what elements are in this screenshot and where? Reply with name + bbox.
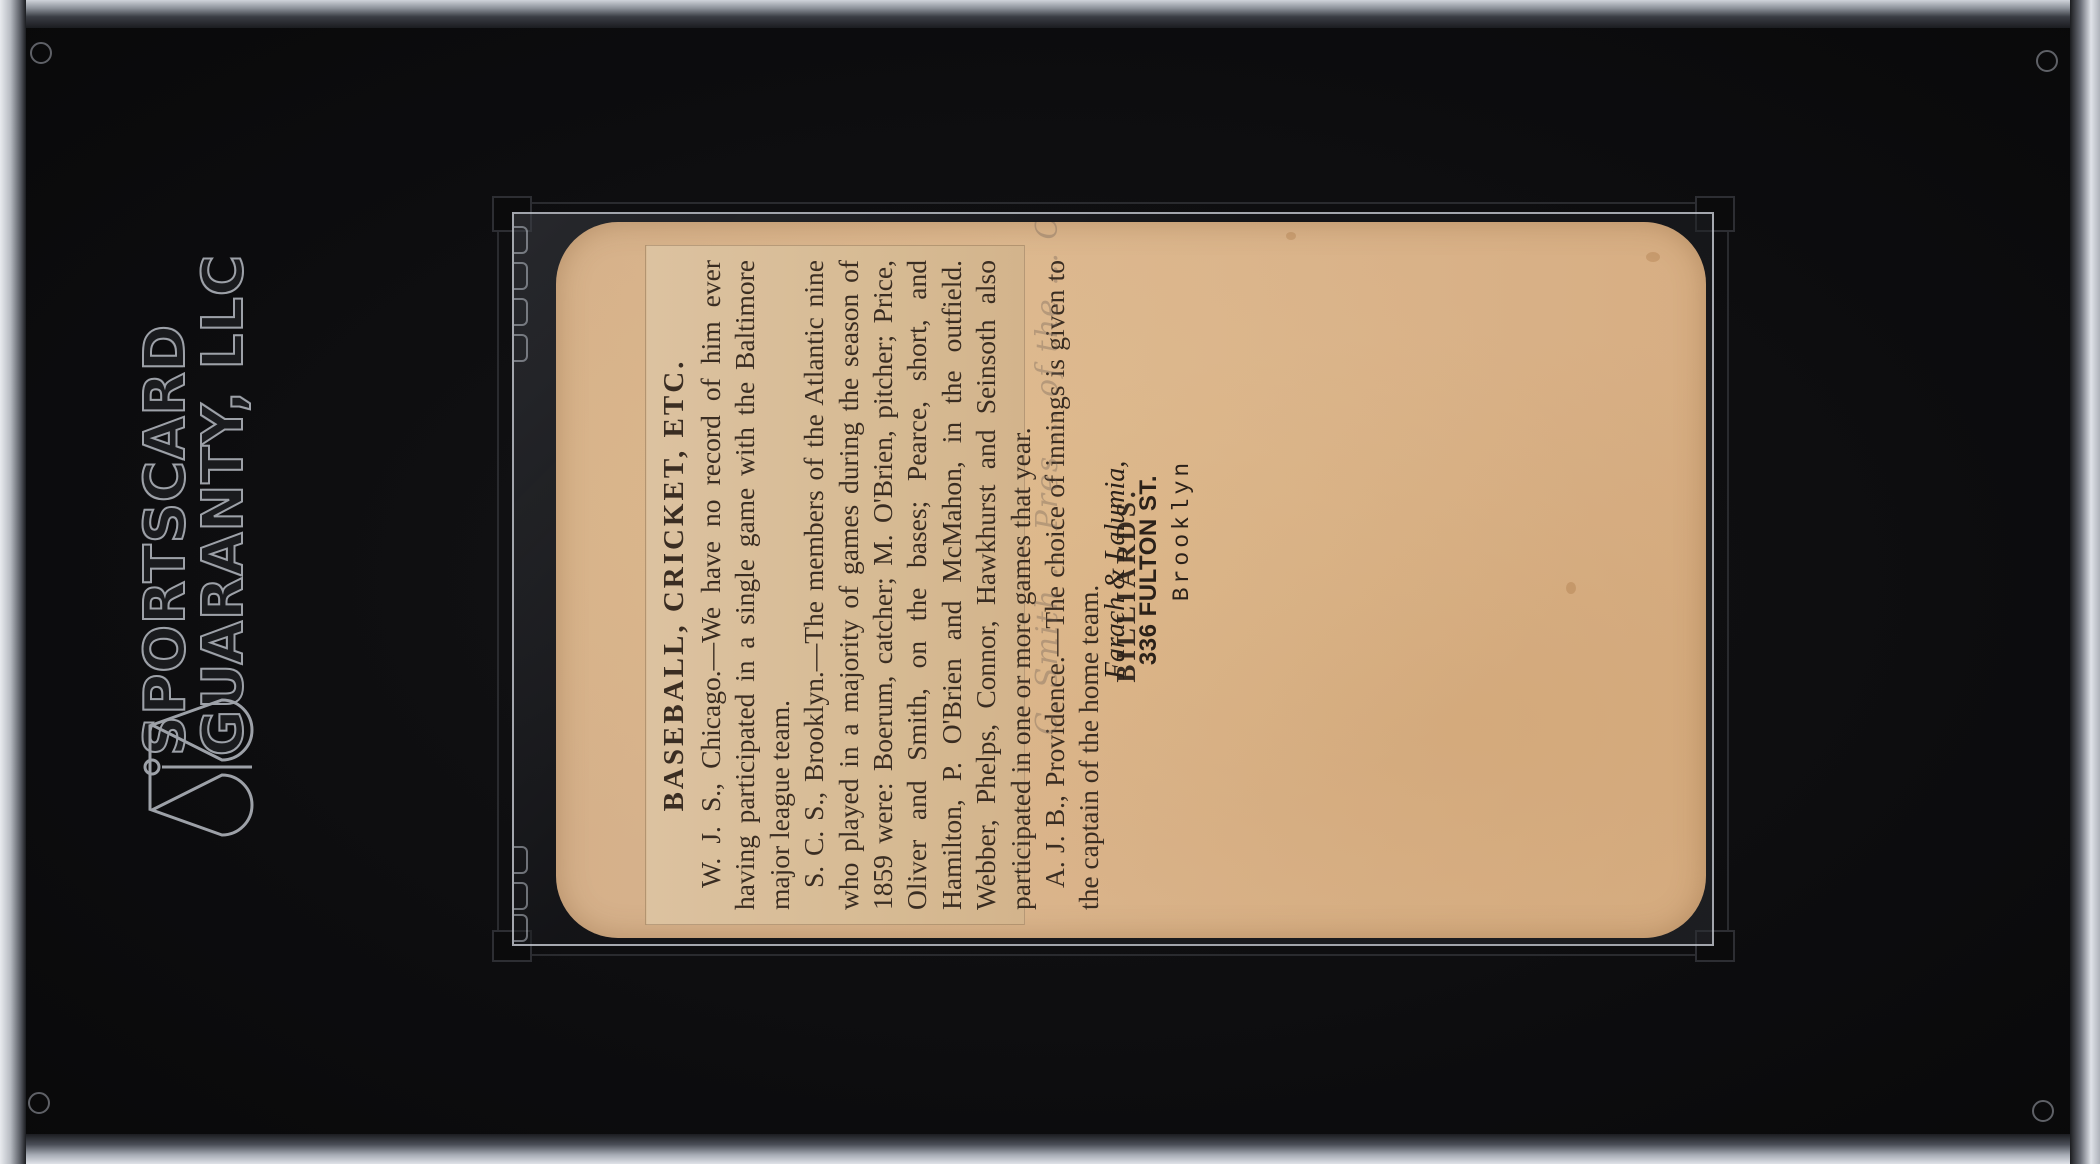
pencil-annotation: C. Smith ... Pres ... of the ... Club [1030, 245, 1070, 735]
sleeve-perforation [514, 226, 528, 254]
sleeve-perforation [514, 298, 528, 326]
sgc-wordmark: SPORTSCARD GUARANTY, LLC [137, 254, 253, 756]
sleeve-perforation [514, 882, 528, 910]
corner-screw-icon [2036, 50, 2058, 72]
slab-top-edge [0, 0, 2100, 28]
clipping-title: BASEBALL, CRICKET, ETC. [656, 260, 692, 910]
sleeve-perforation [514, 334, 528, 362]
corner-screw-icon [30, 42, 52, 64]
publisher-street: 336 FULTON ST. [1132, 420, 1166, 720]
baseball-card-back: BASEBALL, CRICKET, ETC. W. J. S., Chicag… [556, 222, 1706, 938]
slab-right-edge [2070, 0, 2100, 1164]
sleeve-perforation [514, 914, 528, 942]
slab-left-edge [0, 0, 26, 1164]
corner-screw-icon [2032, 1100, 2054, 1122]
card-content-rotated: BASEBALL, CRICKET, ETC. W. J. S., Chicag… [556, 222, 1706, 938]
sleeve-perforation [514, 262, 528, 290]
brand-line-1: SPORTSCARD [137, 254, 195, 756]
brand-line-2: GUARANTY, LLC [195, 254, 253, 756]
sgc-holder-slab: SPORTSCARD GUARANTY, LLC BA [0, 0, 2100, 1164]
clipping-paragraph: S. C. S., Brooklyn.—The members of the A… [797, 260, 1038, 910]
clipping-paragraph: W. J. S., Chicago.—We have no record of … [694, 260, 797, 910]
publisher-city: Brooklyn [1166, 420, 1198, 720]
publisher-address: Farach & Lalumia, 336 FULTON ST. Brookly… [1100, 420, 1198, 720]
sleeve-perforation [514, 846, 528, 874]
newspaper-clipping: BASEBALL, CRICKET, ETC. W. J. S., Chicag… [645, 245, 1025, 925]
publisher-name: Farach & Lalumia, [1100, 420, 1132, 720]
slab-bottom-edge [0, 1134, 2100, 1164]
corner-screw-icon [28, 1092, 50, 1114]
sgc-logo: SPORTSCARD GUARANTY, LLC [120, 300, 270, 870]
sgc-scale-logo-icon [142, 695, 262, 845]
